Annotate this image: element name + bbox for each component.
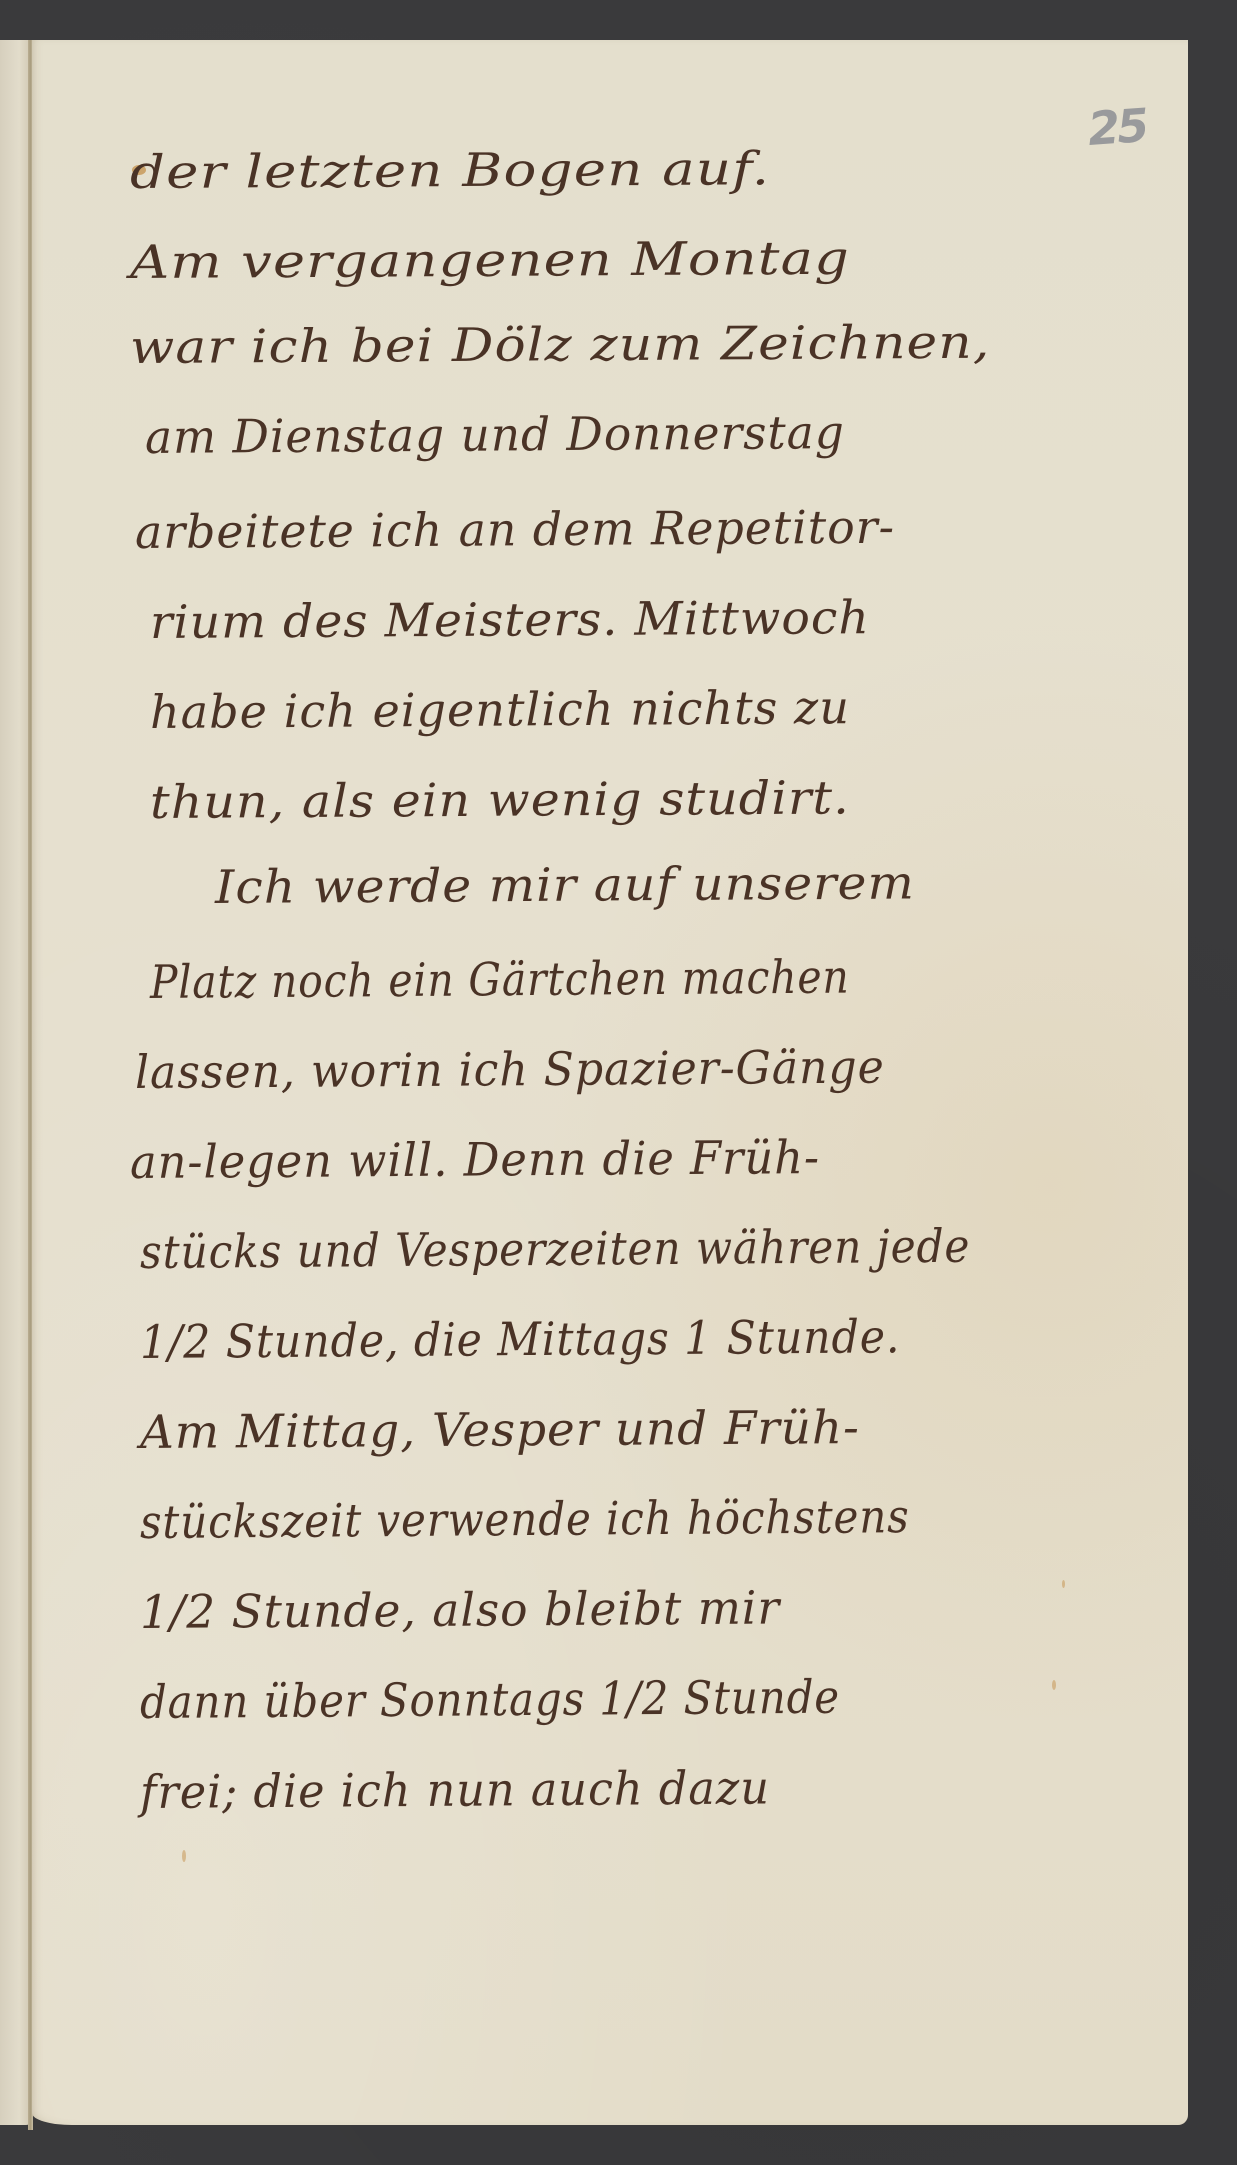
manuscript-line: stücks und Vesperzeiten währen jede [140, 1219, 971, 1279]
manuscript-line: 1/2 Stunde, also bleibt mir [140, 1580, 780, 1639]
manuscript-line: stückszeit verwende ich höchstens [140, 1489, 910, 1549]
manuscript-line: frei; die ich nun auch dazu [140, 1760, 770, 1819]
manuscript-line: war ich bei Dölz zum Zeichnen, [130, 315, 991, 374]
manuscript-line: 1/2 Stunde, die Mittags 1 Stunde. [140, 1309, 901, 1369]
manuscript-line: lassen, worin ich Spazier-Gänge [135, 1040, 885, 1099]
manuscript-line: der letzten Bogen auf. [130, 141, 771, 199]
manuscript-line: thun, als ein wenig studirt. [150, 770, 850, 829]
manuscript-line: dann über Sonntags 1/2 Stunde [140, 1670, 840, 1729]
manuscript-line: an-legen will. Denn die Früh- [130, 1130, 820, 1189]
manuscript-line: Ich werde mir auf unserem [215, 855, 915, 914]
manuscript-line: habe ich eigentlich nichts zu [150, 680, 850, 739]
manuscript-line: Am vergangenen Montag [130, 231, 850, 289]
manuscript-line: rium des Meisters. Mittwoch [150, 590, 870, 649]
manuscript-line: Platz noch ein Gärtchen machen [150, 949, 850, 1009]
manuscript-line: am Dienstag und Donnerstag [145, 405, 845, 464]
handwritten-text: der letzten Bogen auf.Am vergangenen Mon… [0, 0, 1237, 2165]
manuscript-line: arbeitete ich an dem Repetitor- [135, 500, 895, 559]
manuscript-line: Am Mittag, Vesper und Früh- [140, 1400, 860, 1459]
